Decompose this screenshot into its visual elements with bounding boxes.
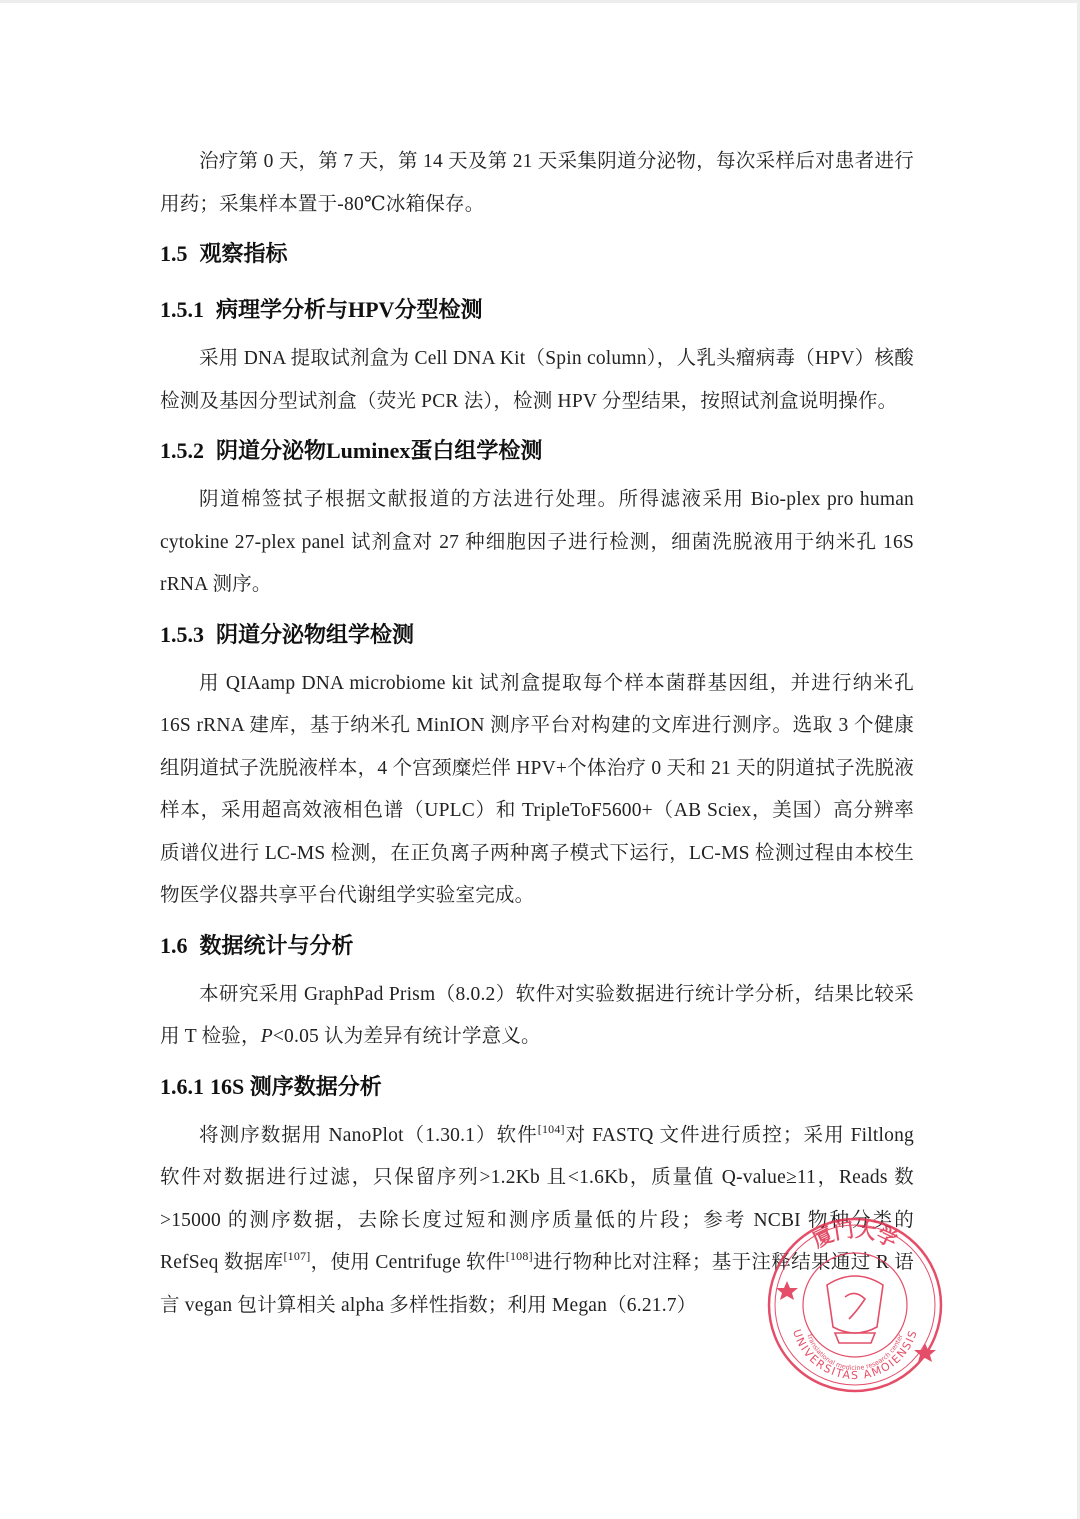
- seal-inner-text: translational medicine research center: [805, 1333, 904, 1372]
- heading-number: 1.5.3: [160, 622, 204, 647]
- heading-title: 阴道分泌物Luminex蛋白组学检测: [216, 438, 542, 463]
- heading-number: 1.6.1: [160, 1074, 204, 1099]
- heading-number: 1.5: [160, 241, 188, 266]
- document-content: 治疗第 0 天，第 7 天，第 14 天及第 21 天采集阴道分泌物，每次采样后…: [160, 141, 914, 1327]
- heading-title: 16S 测序数据分析: [210, 1074, 382, 1099]
- heading-1-6: 1.6数据统计与分析: [160, 918, 914, 974]
- paragraph-hpv-detection: 采用 DNA 提取试剂盒为 Cell DNA Kit（Spin column），…: [160, 338, 914, 423]
- citation-107[interactable]: [107]: [283, 1249, 310, 1263]
- heading-1-5-2: 1.5.2阴道分泌物Luminex蛋白组学检测: [160, 423, 914, 479]
- heading-title: 数据统计与分析: [200, 933, 354, 958]
- text-segment: 对 FASTQ 文件进行质控；采用 Filtlong 软件对数据进行过滤，只保留…: [160, 1125, 914, 1274]
- citation-108[interactable]: [108]: [506, 1249, 533, 1263]
- text-segment: 将测序数据用 NanoPlot（1.30.1）软件: [199, 1125, 538, 1146]
- text-segment: ，使用 Centrifuge 软件: [310, 1252, 505, 1273]
- paragraph-16s-analysis: 将测序数据用 NanoPlot（1.30.1）软件[104]对 FASTQ 文件…: [160, 1115, 914, 1328]
- heading-title: 病理学分析与HPV分型检测: [216, 297, 482, 322]
- paragraph-sample-collection: 治疗第 0 天，第 7 天，第 14 天及第 21 天采集阴道分泌物，每次采样后…: [160, 141, 914, 226]
- seal-bottom-text: UNIVERSITAS AMOIENSIS: [790, 1328, 920, 1382]
- paragraph-statistics: 本研究采用 GraphPad Prism（8.0.2）软件对实验数据进行统计学分…: [160, 974, 914, 1059]
- heading-title: 观察指标: [200, 241, 288, 266]
- heading-1-5: 1.5观察指标: [160, 226, 914, 282]
- heading-number: 1.6: [160, 933, 188, 958]
- heading-number: 1.5.1: [160, 297, 204, 322]
- citation-104[interactable]: [104]: [538, 1122, 565, 1136]
- heading-number: 1.5.2: [160, 438, 204, 463]
- p-value-symbol: P: [261, 1026, 273, 1047]
- heading-1-5-1: 1.5.1病理学分析与HPV分型检测: [160, 282, 914, 338]
- document-page: 治疗第 0 天，第 7 天，第 14 天及第 21 天采集阴道分泌物，每次采样后…: [0, 3, 1077, 1519]
- paragraph-luminex: 阴道棉签拭子根据文献报道的方法进行处理。所得滤液采用 Bio-plex pro …: [160, 479, 914, 607]
- paragraph-omics: 用 QIAamp DNA microbiome kit 试剂盒提取每个样本菌群基…: [160, 663, 914, 918]
- text-segment: <0.05 认为差异有统计学意义。: [273, 1026, 541, 1047]
- heading-1-6-1: 1.6.116S 测序数据分析: [160, 1059, 914, 1115]
- heading-title: 阴道分泌物组学检测: [216, 622, 414, 647]
- heading-1-5-3: 1.5.3阴道分泌物组学检测: [160, 607, 914, 663]
